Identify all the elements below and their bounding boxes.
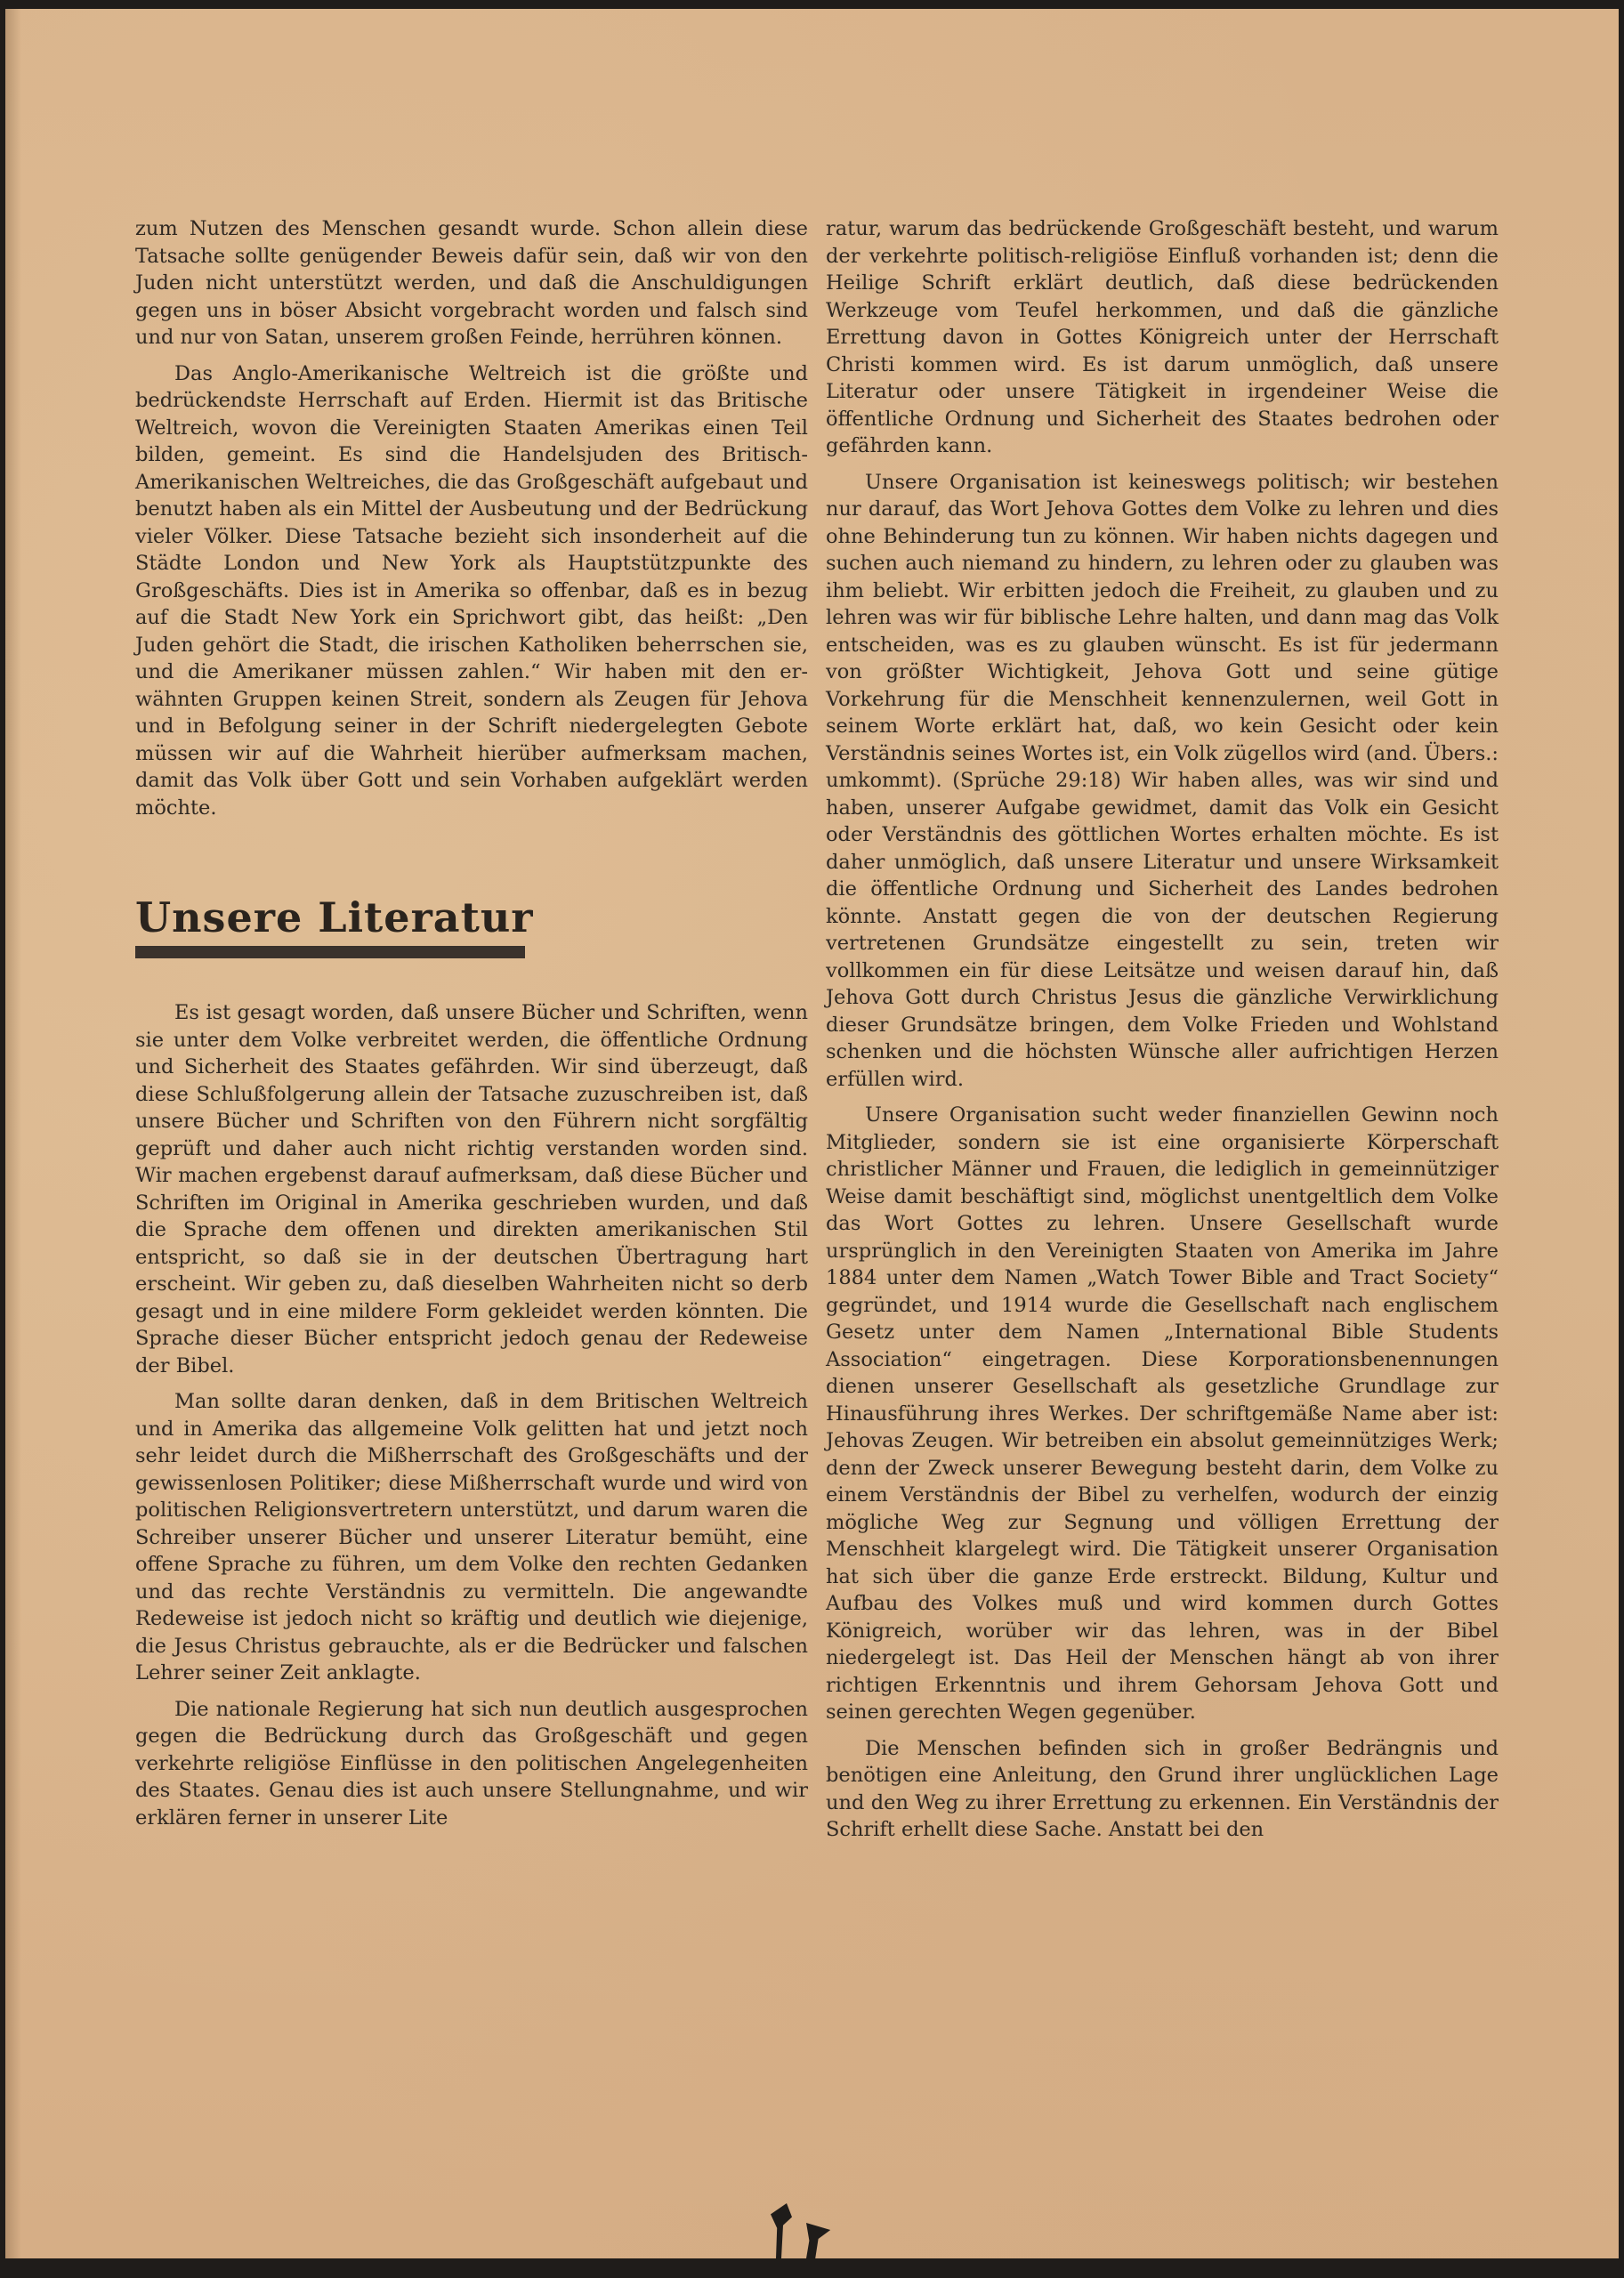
page-edge-shadow [5, 9, 21, 2258]
paper-tear-mark [806, 2223, 836, 2258]
paragraph: Unsere Organisation ist keineswegs polit… [826, 469, 1499, 1094]
section-heading-title: Unsere Literatur [135, 893, 534, 942]
left-column: zum Nutzen des Menschen gesandt wurde. S… [135, 215, 808, 1831]
paper-tear-mark [771, 2203, 806, 2258]
paragraph: Unsere Organisation sucht weder finanzie… [826, 1102, 1499, 1726]
right-column: ratur, warum das bedrückende Großgeschäf… [826, 215, 1499, 1844]
paragraph: Es ist gesagt worden, daß unsere Bücher … [135, 999, 808, 1379]
heading-underline-rule [135, 946, 525, 958]
paragraph: zum Nutzen des Menschen gesandt wurde. S… [135, 215, 808, 351]
paragraph: Die nationale Regierung hat sich nun deu… [135, 1696, 808, 1832]
paragraph: Man sollte daran denken, daß in dem Brit… [135, 1388, 808, 1687]
paragraph: Die Menschen befinden sich in großer Bed… [826, 1735, 1499, 1844]
section-heading: Unsere Literatur [135, 893, 534, 958]
scanned-page: zum Nutzen des Menschen gesandt wurde. S… [5, 9, 1619, 2258]
paragraph: Das Anglo-Amerikanische Weltreich ist di… [135, 360, 808, 822]
paragraph: ratur, warum das bedrückende Großgeschäf… [826, 215, 1499, 460]
